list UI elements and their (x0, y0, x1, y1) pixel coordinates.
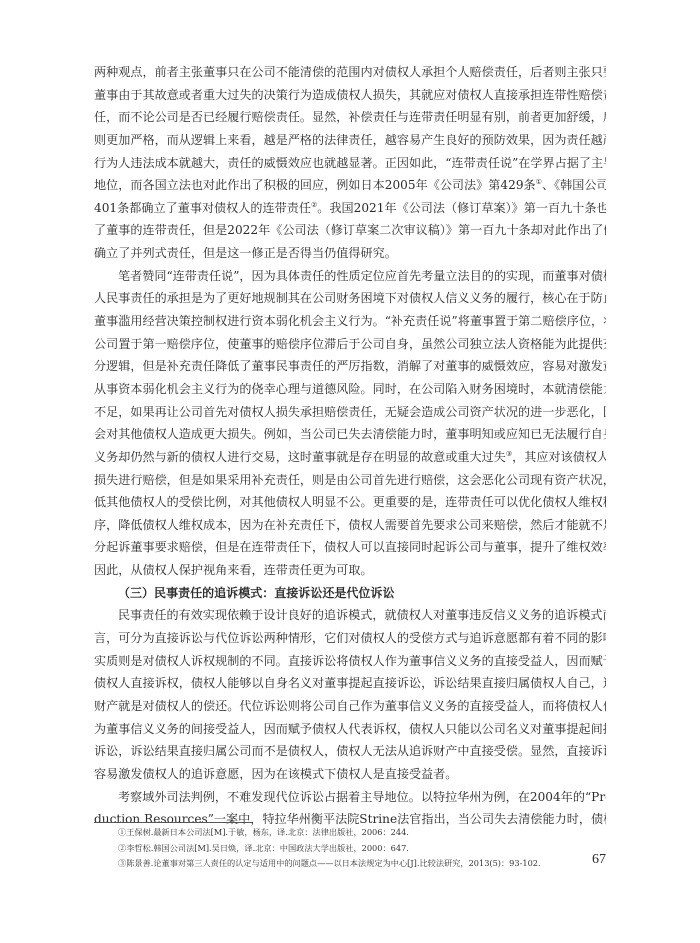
text-line: 分起诉董事要求赔偿，但是在连带责任下，债权人可以直接同时起诉公司与董事，提升了维… (94, 536, 606, 559)
footnote-divider (94, 822, 252, 823)
text-segment: 义务却仍然与新的债权人进行交易，这时董事就是存在明显的故意或重大过失 (94, 450, 506, 464)
text-line: 了董事的连带责任，但是2022年《公司法（修订草案二次审议稿）》第一百九十条却对… (94, 219, 606, 242)
text-line: 财产就是对债权人的偿还。代位诉讼则将公司自己作为董事信义义务的直接受益人，而将债… (94, 695, 606, 718)
text-line: 分逻辑，但是补充责任降低了董事民事责任的严厉指数，消解了对董事的威慑效应，容易对… (94, 355, 606, 378)
paragraph-start-line: 笔者赞同“连带责任说”，因为具体责任的性质定位应首先考量立法目的的实现，而董事对… (94, 265, 606, 288)
paper-page: 两种观点，前者主张董事只在公司不能清偿的范围内对债权人承担个人赔偿责任，后者则主… (0, 0, 700, 943)
paragraph-start-line: 民事责任的有效实现依赖于设计良好的追诉模式，就债权人对董事违反信义义务的追诉模式… (94, 604, 606, 627)
text-line: 两种观点，前者主张董事只在公司不能清偿的范围内对债权人承担个人赔偿责任，后者则主… (94, 61, 606, 84)
text-line: 因此，从债权人保护视角来看，连带责任更为可取。 (94, 559, 606, 582)
text-line: 董事由于其故意或者重大过失的决策行为造成债权人损失，其就应对债权人直接承担连带性… (94, 84, 606, 107)
text-line: 行为人违法成本就越大，责任的威慑效应也就越显著。正因如此，“连带责任说”在学界占… (94, 152, 606, 175)
text-line: 为董事信义义务的间接受益人，因而赋予债权人代表诉权，债权人只能以公司名义对董事提… (94, 718, 606, 741)
text-line: 不足，如果再让公司首先对债权人损失承担赔偿责任，无疑会造成公司资产状况的进一步恶… (94, 401, 606, 424)
paragraph-start-line: 考察域外司法判例，不难发现代位诉讼占据着主导地位。以特拉华州为例，在2004年的… (94, 786, 606, 809)
body-text: 两种观点，前者主张董事只在公司不能清偿的范围内对债权人承担个人赔偿责任，后者则主… (94, 61, 606, 831)
text-line-with-footnote: 401条都确立了董事对债权人的连带责任②。我国2021年《公司法（修订草案）》第… (94, 197, 606, 220)
footnote-3: ③陈景善.论董事对第三人责任的认定与适用中的问题点——以日本法规定为中心[J].… (118, 856, 618, 872)
text-line: 则更加严格，而从逻辑上来看，越是严格的法律责任，越容易产生良好的预防效果，因为责… (94, 129, 606, 152)
footnote-2: ②李哲松.韩国公司法[M].吴日焕，译.北京：中国政法大学出版社，2000：64… (118, 841, 618, 857)
footnotes: ①王保树.最新日本公司法[M].于敏，杨东，译.北京：法律出版社，2006：24… (118, 825, 618, 872)
text-line: 容易激发债权人的追诉意愿，因为在该模式下债权人是直接受益者。 (94, 763, 606, 786)
text-segment: 401条都确立了董事对债权人的连带责任 (94, 201, 311, 215)
text-segment: 、《韩国公司法》第 (542, 178, 606, 192)
text-line: 董事滥用经营决策控制权进行资本弱化机会主义行为。“补充责任说”将董事置于第二赔偿… (94, 310, 606, 333)
text-line: 实质则是对债权人诉权规制的不同。直接诉讼将债权人作为董事信义义务的直接受益人，因… (94, 650, 606, 673)
text-segment: ，其应对该债权人的 (512, 450, 606, 464)
text-line: 损失进行赔偿，但是如果采用补充责任，则是由公司首先进行赔偿，这会恶化公司现有资产… (94, 469, 606, 492)
text-line-with-footnote: 地位，而各国立法也对此作出了积极的回应，例如日本2005年《公司法》第429条①… (94, 174, 606, 197)
text-line: 确立了并列式责任，但是这一修正是否得当仍值得研究。 (94, 242, 606, 265)
text-line: 诉讼，诉讼结果直接归属公司而不是债权人，债权人无法从追诉财产中直接受偿。显然，直… (94, 740, 606, 763)
footnote-1: ①王保树.最新日本公司法[M].于敏，杨东，译.北京：法律出版社，2006：24… (118, 825, 618, 841)
text-line: 任，而不论公司是否已经履行赔偿责任。显然，补偿责任与连带责任明显有别，前者更加舒… (94, 106, 606, 129)
text-line-with-footnote: 义务却仍然与新的债权人进行交易，这时董事就是存在明显的故意或重大过失③，其应对该… (94, 446, 606, 469)
text-line: 序，降低债权人维权成本，因为在补充责任下，债权人需要首先要求公司来赔偿，然后才能… (94, 514, 606, 537)
page-number: 67 (592, 852, 606, 868)
section-heading: （三）民事责任的追诉模式：直接诉讼还是代位诉讼 (94, 582, 606, 605)
text-line: 低其他债权人的受偿比例，对其他债权人明显不公。更重要的是，连带责任可以优化债权人… (94, 491, 606, 514)
text-segment: 。我国2021年《公司法（修订草案）》第一百九十条也规定 (317, 201, 606, 215)
text-line: 言，可分为直接诉讼与代位诉讼两种情形，它们对债权人的受偿方式与追诉意愿都有着不同… (94, 627, 606, 650)
text-line: 人民事责任的承担是为了更好地规制其在公司财务困境下对债权人信义义务的履行，核心在… (94, 287, 606, 310)
text-line: 债权人直接诉权，债权人能够以自身名义对董事提起直接诉讼，诉讼结果直接归属债权人自… (94, 672, 606, 695)
text-line: 公司置于第一赔偿序位，使董事的赔偿序位滞后于公司自身，虽然公司独立法人资格能为此… (94, 333, 606, 356)
text-segment: 地位，而各国立法也对此作出了积极的回应，例如日本2005年《公司法》第429条 (94, 178, 536, 192)
text-line: 从事资本弱化机会主义行为的侥幸心理与道德风险。同时，在公司陷入财务困境时，本就清… (94, 378, 606, 401)
text-line: 会对其他债权人造成更大损失。例如，当公司已失去清偿能力时，董事明知或应知已无法履… (94, 423, 606, 446)
